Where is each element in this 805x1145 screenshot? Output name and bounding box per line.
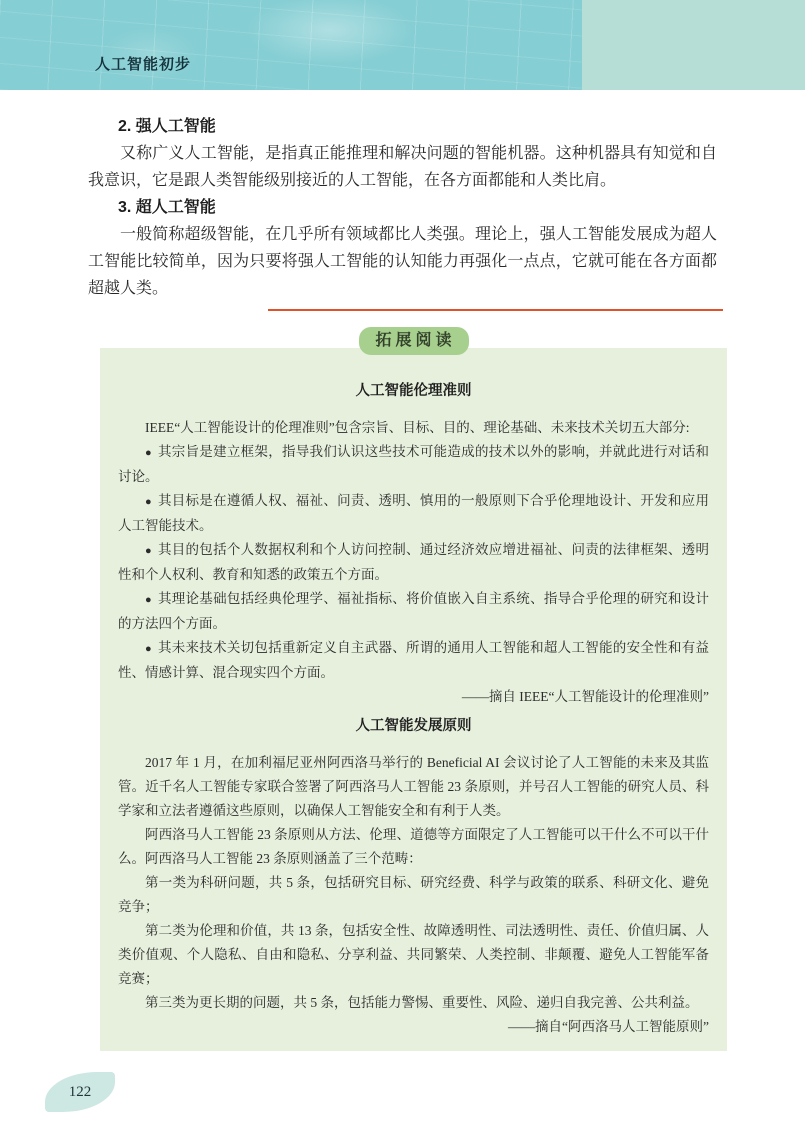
principles-paragraph: 第一类为科研问题，共 5 条，包括研究目标、研究经费、科学与政策的联系、科研文化… (118, 871, 709, 919)
ethics-bullet-item: ●其宗旨是建立框架，指导我们认识这些技术可能造成的技术以外的影响，并就此进行对话… (118, 440, 709, 489)
ethics-attribution: ——摘自 IEEE“人工智能设计的伦理准则” (118, 685, 709, 709)
extended-reading-badge: 拓展阅读 (359, 327, 469, 355)
bullet-text: 其未来技术关切包括重新定义自主武器、所谓的通用人工智能和超人工智能的安全性和有益… (118, 640, 709, 680)
principles-paragraph: 阿西洛马人工智能 23 条原则从方法、伦理、道德等方面限定了人工智能可以干什么不… (118, 823, 709, 871)
bullet-icon: ● (145, 643, 152, 655)
bullet-text: 其理论基础包括经典伦理学、福祉指标、将价值嵌入自主系统、指导合乎伦理的研究和设计… (118, 591, 709, 631)
ethics-bullet-item: ●其未来技术关切包括重新定义自主武器、所谓的通用人工智能和超人工智能的安全性和有… (118, 636, 709, 685)
main-text-block: 2. 强人工智能 又称广义人工智能，是指真正能推理和解决问题的智能机器。这种机器… (88, 113, 717, 302)
principles-section-title: 人工智能发展原则 (118, 715, 709, 737)
book-title: 人工智能初步 (95, 53, 191, 74)
extended-reading-box: 拓展阅读 人工智能伦理准则 IEEE“人工智能设计的伦理准则”包含宗旨、目标、目… (100, 348, 727, 1051)
page-number: 122 (69, 1084, 92, 1100)
bullet-text: 其目的包括个人数据权利和个人访问控制、通过经济效应增进福祉、问责的法律框架、透明… (118, 542, 709, 582)
principles-paragraph: 2017 年 1 月，在加利福尼亚州阿西洛马举行的 Beneficial AI … (118, 751, 709, 823)
heading-strong-ai: 2. 强人工智能 (88, 113, 717, 140)
header-code-texture (0, 0, 582, 90)
principles-attribution: ——摘自“阿西洛马人工智能原则” (118, 1015, 709, 1039)
bullet-text: 其目标是在遵循人权、福祉、问责、透明、慎用的一般原则下合乎伦理地设计、开发和应用… (118, 493, 709, 533)
ethics-bullet-item: ●其目标是在遵循人权、福祉、问责、透明、慎用的一般原则下合乎伦理地设计、开发和应… (118, 489, 709, 538)
heading-super-ai: 3. 超人工智能 (88, 194, 717, 221)
ethics-intro: IEEE“人工智能设计的伦理准则”包含宗旨、目标、目的、理论基础、未来技术关切五… (118, 416, 709, 440)
ethics-bullet-item: ●其理论基础包括经典伦理学、福祉指标、将价值嵌入自主系统、指导合乎伦理的研究和设… (118, 587, 709, 636)
bullet-text: 其宗旨是建立框架，指导我们认识这些技术可能造成的技术以外的影响，并就此进行对话和… (118, 444, 709, 484)
bullet-icon: ● (145, 545, 152, 557)
principles-paragraph: 第二类为伦理和价值，共 13 条，包括安全性、故障透明性、司法透明性、责任、价值… (118, 919, 709, 991)
page-header: 人工智能初步 (0, 0, 805, 90)
principles-paragraph: 第三类为更长期的问题，共 5 条，包括能力警惕、重要性、风险、递归自我完善、公共… (118, 991, 709, 1015)
bullet-icon: ● (145, 594, 152, 606)
textbook-page: 人工智能初步 2. 强人工智能 又称广义人工智能，是指真正能推理和解决问题的智能… (0, 0, 805, 1145)
bullet-icon: ● (145, 496, 152, 508)
header-accent-block (582, 0, 805, 90)
bullet-icon: ● (145, 447, 152, 459)
ethics-section-title: 人工智能伦理准则 (118, 380, 709, 402)
page-number-badge: 122 (45, 1072, 115, 1112)
ethics-bullet-item: ●其目的包括个人数据权利和个人访问控制、通过经济效应增进福祉、问责的法律框架、透… (118, 538, 709, 587)
paragraph-super-ai: 一般简称超级智能，在几乎所有领域都比人类强。理论上，强人工智能发展成为超人工智能… (88, 221, 717, 302)
paragraph-strong-ai: 又称广义人工智能，是指真正能推理和解决问题的智能机器。这种机器具有知觉和自我意识… (88, 140, 717, 194)
section-divider-line (268, 309, 723, 311)
